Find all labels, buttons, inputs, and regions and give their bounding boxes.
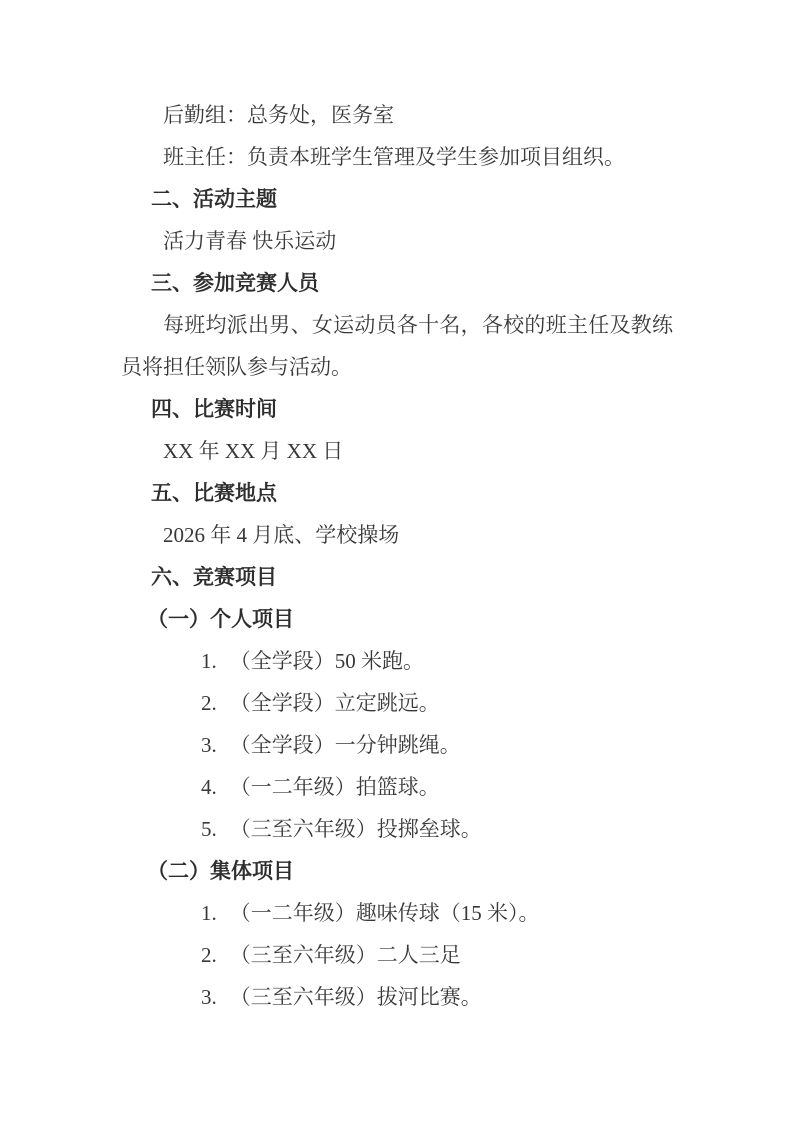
list-item: 2.（三至六年级）二人三足 [121, 934, 673, 976]
list-number: 5. [161, 808, 217, 850]
list-item-text: （全学段）立定跳远。 [230, 691, 440, 715]
text-line: 活力青春 快乐运动 [121, 220, 673, 262]
list-item: 3.（三至六年级）拔河比赛。 [121, 976, 673, 1018]
list-item-text: （全学段）一分钟跳绳。 [230, 733, 461, 757]
text-line: 后勤组：总务处，医务室 [121, 94, 673, 136]
sub-section-heading: （二）集体项目 [121, 850, 673, 892]
list-item: 5.（三至六年级）投掷垒球。 [121, 808, 673, 850]
list-item-text: （一二年级）趣味传球（15 米）。 [230, 901, 540, 925]
text-line: 2026 年 4 月底、学校操场 [121, 514, 673, 556]
list-number: 1. [161, 892, 217, 934]
text-line: 班主任：负责本班学生管理及学生参加项目组织。 [121, 136, 673, 178]
list-item: 1.（一二年级）趣味传球（15 米）。 [121, 892, 673, 934]
list-item-text: （三至六年级）投掷垒球。 [230, 817, 482, 841]
list-item: 1.（全学段）50 米跑。 [121, 640, 673, 682]
list-number: 3. [161, 976, 217, 1018]
list-item-text: （一二年级）拍篮球。 [230, 775, 440, 799]
list-item-text: （三至六年级）拔河比赛。 [230, 985, 482, 1009]
list-number: 3. [161, 724, 217, 766]
list-item: 4.（一二年级）拍篮球。 [121, 766, 673, 808]
list-item: 2.（全学段）立定跳远。 [121, 682, 673, 724]
list-item-text: （三至六年级）二人三足 [230, 943, 461, 967]
list-number: 4. [161, 766, 217, 808]
sub-section-heading: （一）个人项目 [121, 598, 673, 640]
section-heading: 五、比赛地点 [121, 472, 673, 514]
list-number: 1. [161, 640, 217, 682]
section-heading: 三、参加竞赛人员 [121, 262, 673, 304]
text-line: XX 年 XX 月 XX 日 [121, 430, 673, 472]
list-item-text: （全学段）50 米跑。 [230, 649, 424, 673]
list-number: 2. [161, 682, 217, 724]
document-page: 后勤组：总务处，医务室班主任：负责本班学生管理及学生参加项目组织。二、活动主题活… [0, 0, 793, 1122]
section-heading: 二、活动主题 [121, 178, 673, 220]
list-number: 2. [161, 934, 217, 976]
list-item: 3.（全学段）一分钟跳绳。 [121, 724, 673, 766]
document-body: 后勤组：总务处，医务室班主任：负责本班学生管理及学生参加项目组织。二、活动主题活… [121, 94, 673, 1018]
text-line: 每班均派出男、女运动员各十名，各校的班主任及教练员将担任领队参与活动。 [121, 304, 673, 388]
section-heading: 四、比赛时间 [121, 388, 673, 430]
section-heading: 六、竞赛项目 [121, 556, 673, 598]
